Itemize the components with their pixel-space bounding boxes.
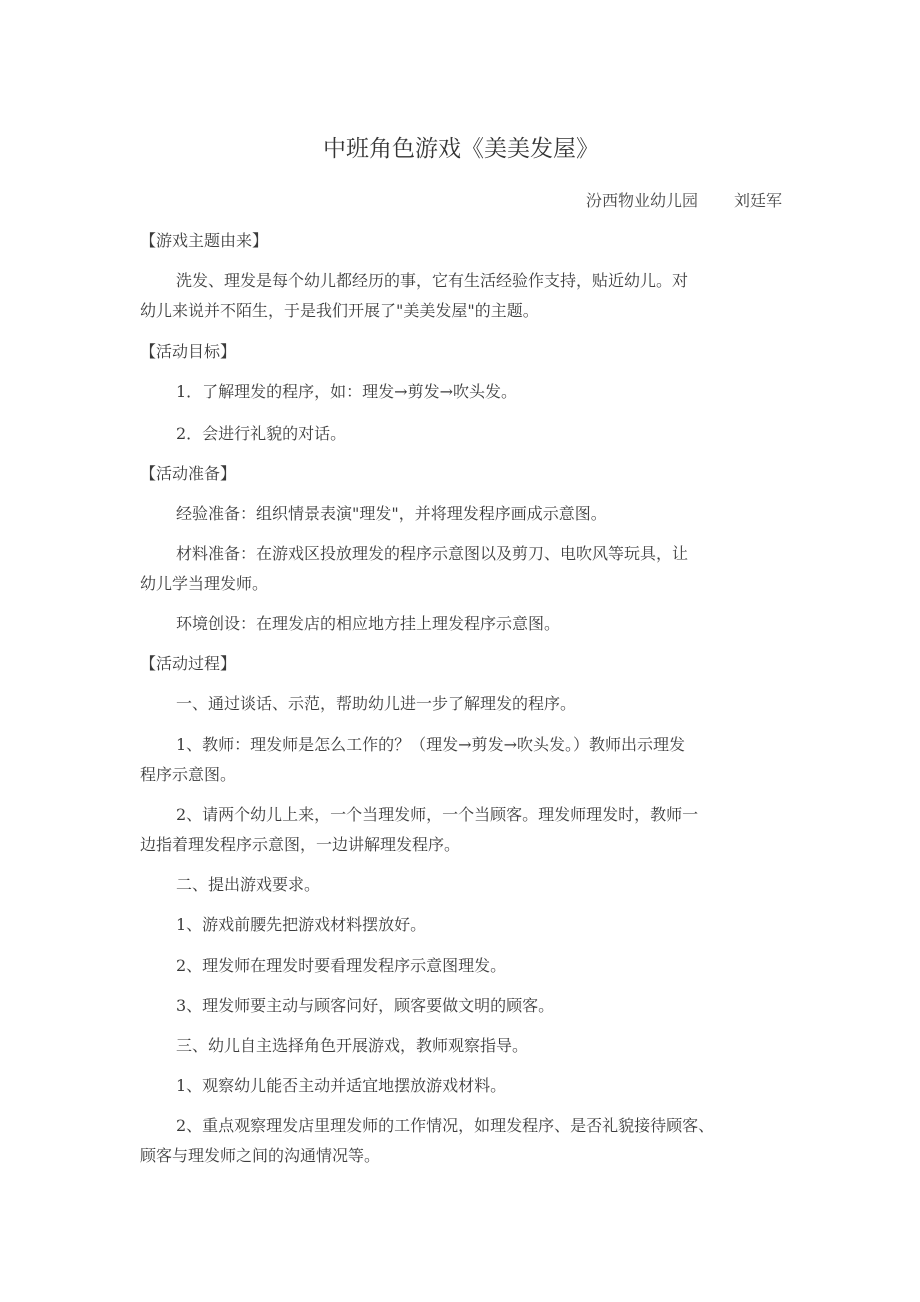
paragraph-line: 三、幼儿自主选择角色开展游戏，教师观察指导。 xyxy=(176,1036,528,1056)
paragraph-line: 经验准备：组织情景表演"理发"，并将理发程序画成示意图。 xyxy=(176,504,607,524)
paragraph-line: 1、教师：理发师是怎么工作的？（理发→剪发→吹头发。）教师出示理发 xyxy=(176,735,685,755)
paragraph-line: 2、理发师在理发时要看理发程序示意图理发。 xyxy=(176,956,506,976)
paragraph-line: 顾客与理发师之间的沟通情况等。 xyxy=(140,1146,380,1166)
paragraph-line: 2、请两个幼儿上来，一个当理发师，一个当顾客。理发师理发时，教师一 xyxy=(176,805,698,825)
paragraph-line: 幼儿学当理发师。 xyxy=(140,574,268,594)
author-name: 刘廷军 xyxy=(734,191,782,210)
author-organization: 汾西物业幼儿园 xyxy=(586,191,698,210)
document-title: 中班角色游戏《美美发屋》 xyxy=(140,130,782,163)
paragraph-line: 二、提出游戏要求。 xyxy=(176,875,320,895)
paragraph-line: 环境创设：在理发店的相应地方挂上理发程序示意图。 xyxy=(176,614,560,634)
section-heading: 【游戏主题由来】 xyxy=(140,231,268,251)
paragraph-line: 边指着理发程序示意图，一边讲解理发程序。 xyxy=(140,835,460,855)
paragraph-line: 1、游戏前腰先把游戏材料摆放好。 xyxy=(176,915,426,935)
author-line: 汾西物业幼儿园刘廷军 xyxy=(586,188,782,211)
paragraph-line: 1、观察幼儿能否主动并适宜地摆放游戏材料。 xyxy=(176,1076,506,1096)
paragraph-line: 2．会进行礼貌的对话。 xyxy=(176,424,346,444)
paragraph-line: 2、重点观察理发店里理发师的工作情况，如理发程序、是否礼貌接待顾客、 xyxy=(176,1116,714,1136)
paragraph-line: 洗发、理发是每个幼儿都经历的事，它有生活经验作支持，贴近幼儿。对 xyxy=(176,271,688,291)
paragraph-line: 材料准备：在游戏区投放理发的程序示意图以及剪刀、电吹风等玩具，让 xyxy=(176,544,688,564)
section-heading: 【活动目标】 xyxy=(140,342,236,362)
paragraph-line: 1．了解理发的程序，如：理发→剪发→吹头发。 xyxy=(176,382,517,402)
section-heading: 【活动过程】 xyxy=(140,654,236,674)
paragraph-line: 一、通过谈话、示范，帮助幼儿进一步了解理发的程序。 xyxy=(176,694,576,714)
section-heading: 【活动准备】 xyxy=(140,464,236,484)
paragraph-line: 幼儿来说并不陌生，于是我们开展了"美美发屋"的主题。 xyxy=(140,301,539,321)
paragraph-line: 3、理发师要主动与顾客问好，顾客要做文明的顾客。 xyxy=(176,996,554,1016)
paragraph-line: 程序示意图。 xyxy=(140,765,236,785)
